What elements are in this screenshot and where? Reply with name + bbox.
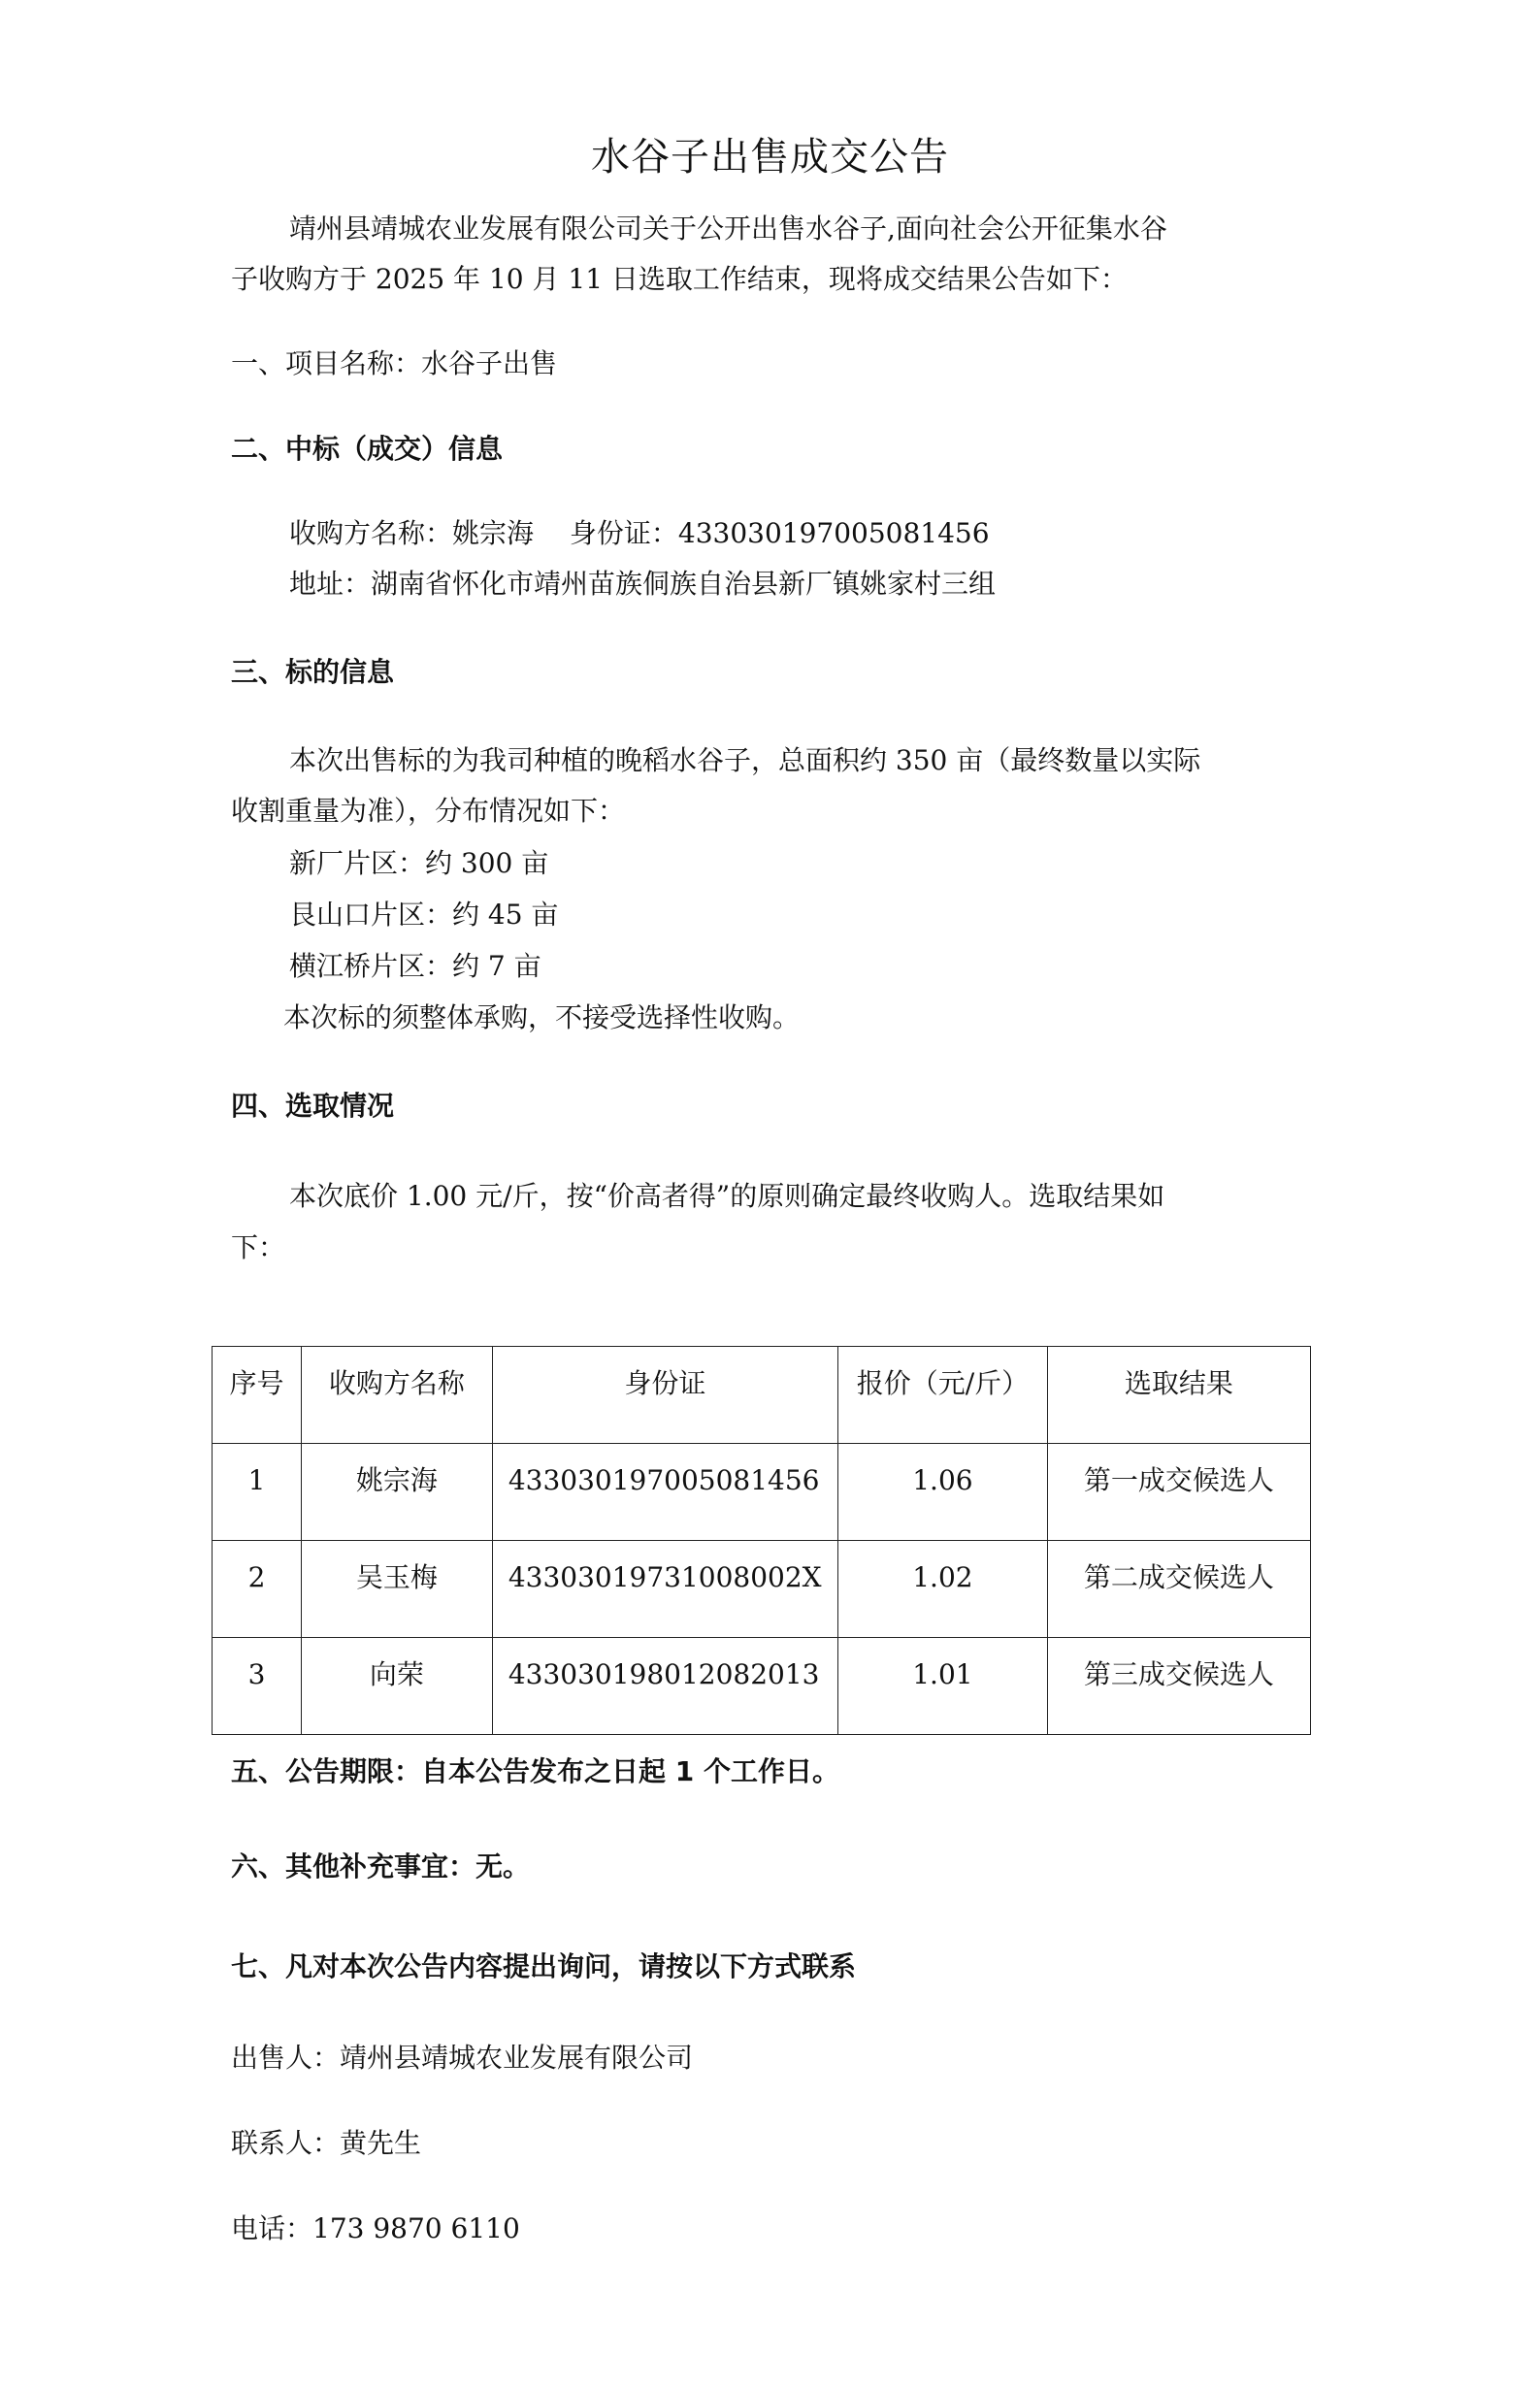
buyer-info-line: 收购方名称：姚宗海 身份证：433030197005081456 xyxy=(289,516,990,551)
cell-id-number: 433030198012082013 xyxy=(492,1638,837,1735)
buyer-address-line: 地址：湖南省怀化市靖州苗族侗族自治县新厂镇姚家村三组 xyxy=(289,567,996,602)
section-7-heading: 七、凡对本次公告内容提出询问，请按以下方式联系 xyxy=(231,1949,856,1984)
table-row: 2 吴玉梅 43303019731008002X 1.02 第二成交候选人 xyxy=(213,1541,1311,1638)
contact-person-line: 联系人：黄先生 xyxy=(231,2126,421,2161)
area-item: 新厂片区：约 300 亩 xyxy=(289,846,548,881)
area-item: 横江桥片区：约 7 亩 xyxy=(289,949,541,984)
cell-buyer-name: 向荣 xyxy=(301,1638,492,1735)
page-title: 水谷子出售成交公告 xyxy=(0,134,1540,180)
area-item: 艮山口片区：约 45 亩 xyxy=(289,898,558,933)
section-2-heading: 二、中标（成交）信息 xyxy=(231,432,503,467)
cell-result: 第一成交候选人 xyxy=(1047,1444,1310,1541)
section-5-heading: 五、公告期限：自本公告发布之日起 1 个工作日。 xyxy=(231,1754,839,1789)
column-header-price: 报价（元/斤） xyxy=(838,1347,1048,1444)
document-page: 水谷子出售成交公告 靖州县靖城农业发展有限公司关于公开出售水谷子,面向社会公开征… xyxy=(0,0,1540,2389)
phone-line: 电话：173 9870 6110 xyxy=(231,2211,520,2246)
table-header-row: 序号 收购方名称 身份证 报价（元/斤） 选取结果 xyxy=(213,1347,1311,1444)
cell-id-number: 43303019731008002X xyxy=(492,1541,837,1638)
section-4-desc-line-1: 本次底价 1.00 元/斤，按“价高者得”的原则确定最终收购人。选取结果如 xyxy=(289,1179,1164,1214)
seller-line: 出售人：靖州县靖城农业发展有限公司 xyxy=(231,2041,693,2076)
selection-result-table: 序号 收购方名称 身份证 报价（元/斤） 选取结果 1 姚宗海 43303019… xyxy=(212,1346,1311,1735)
column-header-buyer-name: 收购方名称 xyxy=(301,1347,492,1444)
table-row: 3 向荣 433030198012082013 1.01 第三成交候选人 xyxy=(213,1638,1311,1735)
cell-id-number: 433030197005081456 xyxy=(492,1444,837,1541)
section-6-heading: 六、其他补充事宜：无。 xyxy=(231,1849,530,1884)
intro-line-1: 靖州县靖城农业发展有限公司关于公开出售水谷子,面向社会公开征集水谷 xyxy=(289,212,1167,246)
section-4-heading: 四、选取情况 xyxy=(231,1089,394,1124)
cell-index: 1 xyxy=(213,1444,302,1541)
cell-buyer-name: 姚宗海 xyxy=(301,1444,492,1541)
cell-result: 第二成交候选人 xyxy=(1047,1541,1310,1638)
section-3-desc-line-1: 本次出售标的为我司种植的晚稻水谷子，总面积约 350 亩（最终数量以实际 xyxy=(289,743,1200,778)
section-3-heading: 三、标的信息 xyxy=(231,655,394,690)
section-1-heading: 一、项目名称：水谷子出售 xyxy=(231,346,557,381)
section-3-note: 本次标的须整体承购，不接受选择性收购。 xyxy=(283,1000,800,1035)
column-header-index: 序号 xyxy=(213,1347,302,1444)
section-3-desc-line-2: 收割重量为准），分布情况如下： xyxy=(231,794,625,829)
column-header-id-number: 身份证 xyxy=(492,1347,837,1444)
cell-price: 1.02 xyxy=(838,1541,1048,1638)
column-header-result: 选取结果 xyxy=(1047,1347,1310,1444)
section-4-desc-line-2: 下： xyxy=(231,1230,285,1265)
cell-buyer-name: 吴玉梅 xyxy=(301,1541,492,1638)
cell-price: 1.01 xyxy=(838,1638,1048,1735)
cell-result: 第三成交候选人 xyxy=(1047,1638,1310,1735)
cell-index: 3 xyxy=(213,1638,302,1735)
cell-price: 1.06 xyxy=(838,1444,1048,1541)
cell-index: 2 xyxy=(213,1541,302,1638)
table-row: 1 姚宗海 433030197005081456 1.06 第一成交候选人 xyxy=(213,1444,1311,1541)
intro-line-2: 子收购方于 2025 年 10 月 11 日选取工作结束，现将成交结果公告如下： xyxy=(231,262,1128,297)
